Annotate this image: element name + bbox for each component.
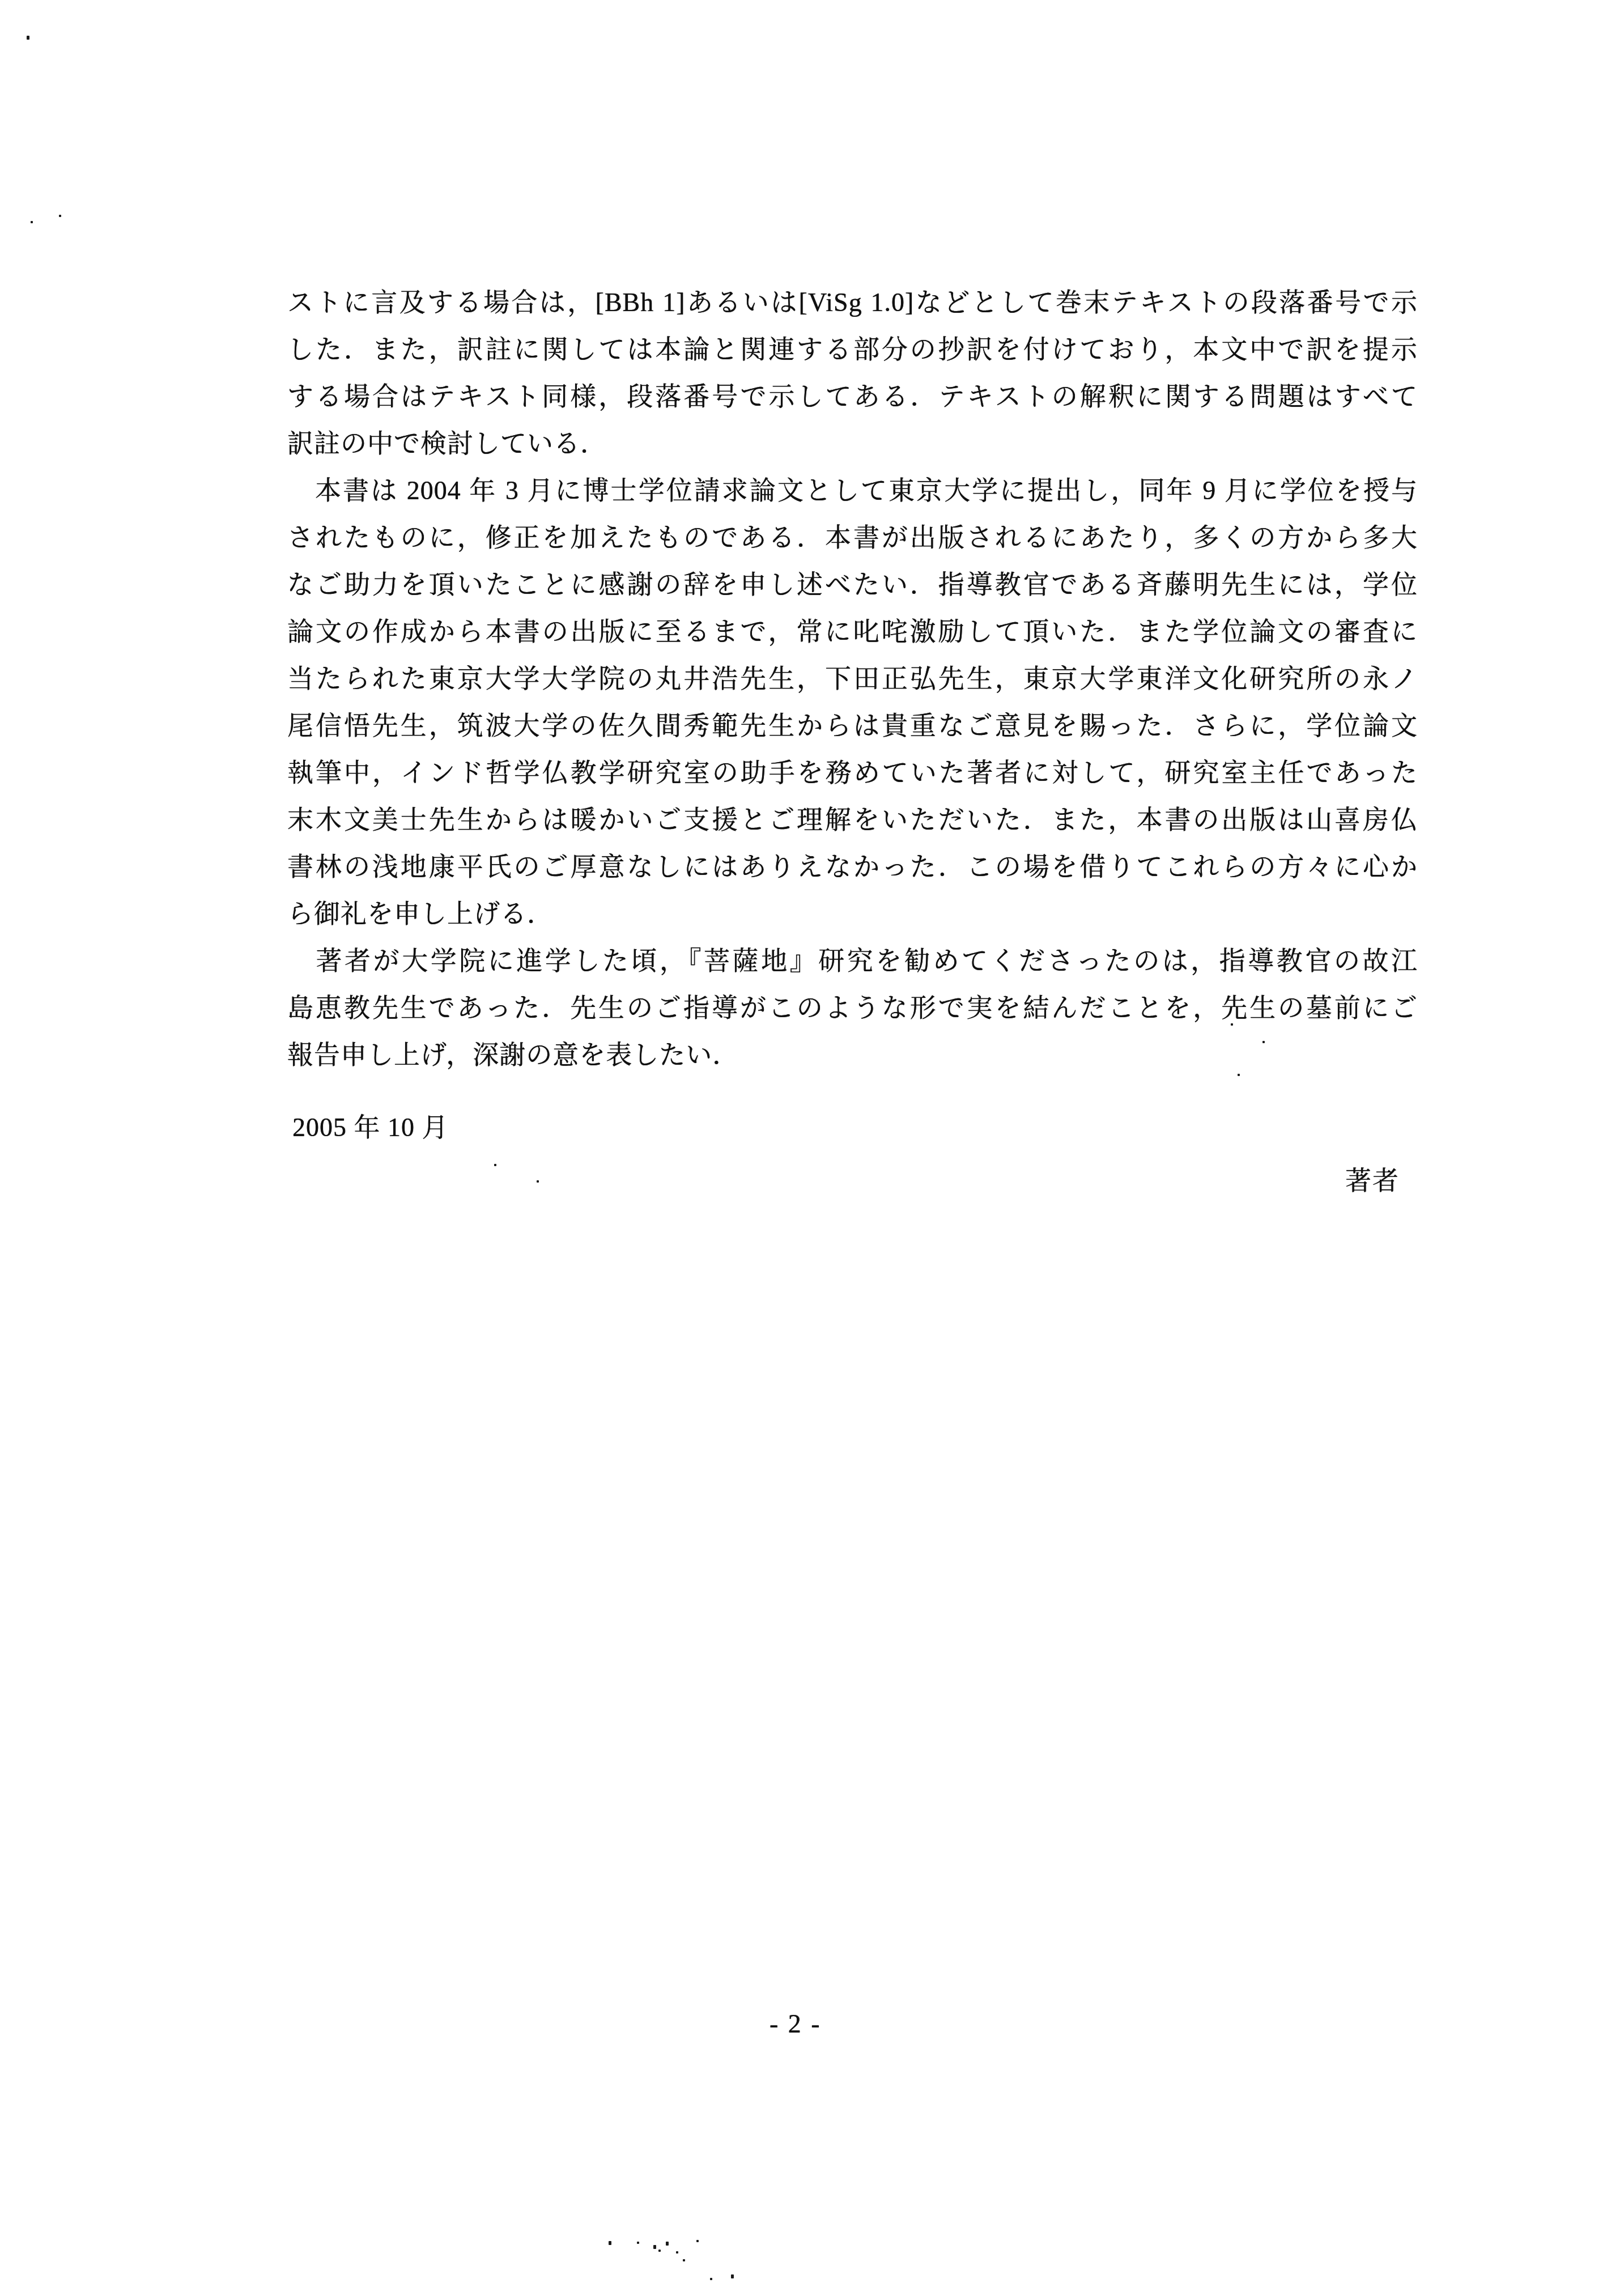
body-line: されたものに，修正を加えたものである．本書が出版されるにあたり，多くの方から多大 (287, 514, 1418, 561)
body-line: 報告申し上げ，深謝の意を表したい． (287, 1031, 1418, 1078)
preface-body: ストに言及する場合は，[BBh 1]あるいは[ViSg 1.0]などとして巻末テ… (287, 279, 1418, 1078)
body-line: する場合はテキスト同様，段落番号で示してある．テキストの解釈に関する問題はすべて (287, 373, 1418, 420)
body-line: ストに言及する場合は，[BBh 1]あるいは[ViSg 1.0]などとして巻末テ… (287, 279, 1418, 326)
scan-speck (676, 2251, 678, 2254)
scan-speck (666, 2242, 669, 2246)
scan-speck (1231, 1023, 1233, 1026)
body-line: なご助力を頂いたことに感謝の辞を申し述べたい．指導教官である斉藤明先生には，学位 (287, 561, 1418, 608)
scan-speck (31, 221, 33, 223)
scan-speck (696, 2240, 699, 2242)
body-line: 当たられた東京大学大学院の丸井浩先生，下田正弘先生，東京大学東洋文化研究所の永ノ (287, 655, 1418, 702)
body-line: 尾信悟先生，筑波大学の佐久間秀範先生からは貴重なご意見を賜った．さらに，学位論文 (287, 702, 1418, 749)
scan-speck (59, 215, 61, 217)
scan-speck (653, 2245, 656, 2249)
body-line: 訳註の中で検討している． (287, 420, 1418, 467)
scan-speck (637, 2242, 639, 2244)
body-line: した．また，訳註に関しては本論と関連する部分の抄訳を付けており，本文中で訳を提示 (287, 326, 1418, 373)
body-line: 著者が大学院に進学した頃，『菩薩地』研究を勧めてくださったのは，指導教官の故江 (287, 937, 1418, 984)
page-number: - 2 - (770, 2007, 822, 2041)
body-line: 書林の浅地康平氏のご厚意なしにはありえなかった．この場を借りてこれらの方々に心か (287, 843, 1418, 890)
author-signature: 著者 (1345, 1157, 1400, 1204)
body-line: ら御礼を申し上げる． (287, 890, 1418, 937)
scan-speck (27, 36, 29, 40)
body-line: 本書は 2004 年 3 月に博士学位請求論文として東京大学に提出し，同年 9 … (287, 467, 1418, 514)
scan-speck (683, 2259, 685, 2261)
scan-speck (658, 2250, 661, 2252)
scanned-document-page: ストに言及する場合は，[BBh 1]あるいは[ViSg 1.0]などとして巻末テ… (0, 0, 1624, 2296)
body-line: 論文の作成から本書の出版に至るまで，常に叱咤激励して頂いた．また学位論文の審査に (287, 608, 1418, 655)
scan-speck (1238, 1074, 1240, 1076)
body-line: 執筆中，インド哲学仏教学研究室の助手を務めていた著者に対して，研究室主任であった (287, 749, 1418, 796)
scan-speck (710, 2278, 712, 2280)
scan-speck (1262, 1041, 1265, 1043)
scan-speck (494, 1164, 496, 1166)
body-line: 島恵教先生であった．先生のご指導がこのような形で実を結んだことを，先生の墓前にご (287, 984, 1418, 1031)
date-line: 2005 年 10 月 (292, 1104, 449, 1151)
scan-speck (609, 2241, 611, 2245)
body-line: 末木文美士先生からは暖かいご支援とご理解をいただいた．また，本書の出版は山喜房仏 (287, 796, 1418, 843)
scan-speck (731, 2274, 734, 2278)
scan-speck (537, 1180, 539, 1183)
